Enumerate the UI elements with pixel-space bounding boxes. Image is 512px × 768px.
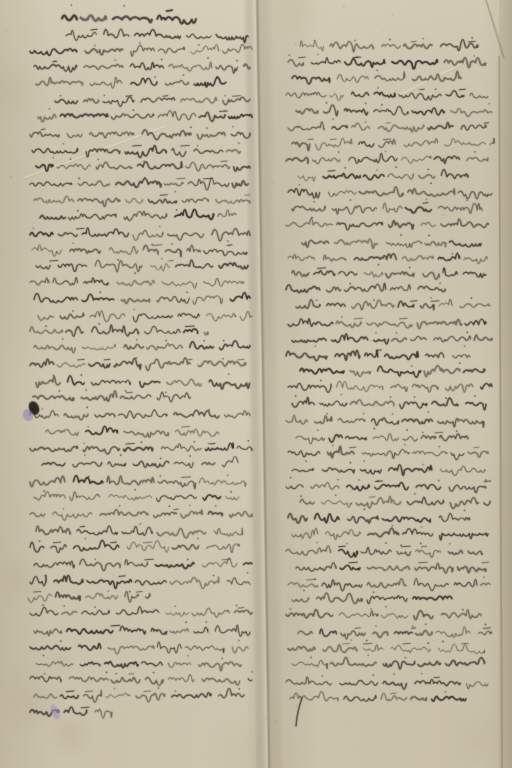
manuscript-photo — [0, 0, 512, 768]
manuscript-canvas — [0, 0, 512, 768]
